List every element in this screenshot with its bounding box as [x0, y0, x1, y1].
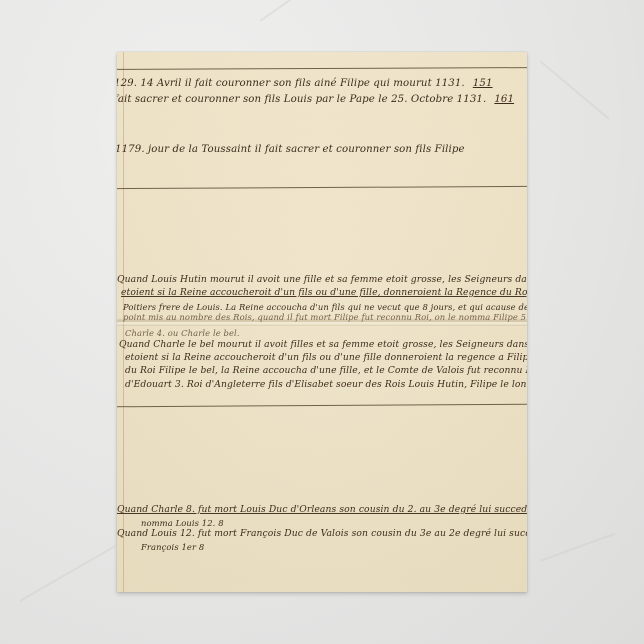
marble-vein: [20, 545, 116, 602]
line-text: François 1er 8: [141, 542, 204, 552]
text-line: fait sacrer et couronner son fils Louis …: [117, 94, 514, 105]
text-line: Poitiers frere de Louis. La Reine accouc…: [123, 302, 527, 312]
text-line: 129. 14 Avril il fait couronner son fils…: [117, 78, 493, 89]
line-text: du Roi Filipe le bel, la Reine accoucha …: [125, 365, 527, 376]
divider-rule: [117, 67, 527, 70]
page-ref: 151: [473, 78, 493, 89]
marble-vein: [539, 60, 609, 119]
text-line: d'Edouart 3. Roi d'Angleterre fils d'Eli…: [125, 379, 527, 390]
marble-vein: [540, 533, 616, 562]
text-line: Charle 4. ou Charle le bel.: [125, 328, 240, 338]
text-line: etoient si la Reine accoucheroit d'un fi…: [121, 287, 527, 298]
marble-vein: [259, 0, 358, 22]
line-text: Quand Louis Hutin mourut il avoit une fi…: [117, 274, 527, 285]
line-text: fait sacrer et couronner son fils Louis …: [117, 94, 486, 105]
line-text: nomma Louis 12. 8: [141, 518, 224, 528]
text-line: nomma Louis 12. 8: [141, 518, 224, 528]
line-text: Quand Charle 8. fut mort Louis Duc d'Orl…: [117, 504, 527, 515]
text-line: etoient si la Reine accoucheroit d'un fi…: [125, 352, 527, 363]
postcard: 129. 14 Avril il fait couronner son fils…: [117, 52, 527, 592]
line-text: Poitiers frere de Louis. La Reine accouc…: [123, 302, 527, 312]
text-line: du Roi Filipe le bel, la Reine accoucha …: [125, 365, 527, 376]
text-line: François 1er 8: [141, 542, 204, 552]
line-text: Quand Charle le bel mourut il avoit fill…: [119, 339, 527, 350]
page-ref: 161: [494, 94, 514, 105]
line-text: etoient si la Reine accoucheroit d'un fi…: [125, 352, 527, 363]
divider-rule: [117, 186, 527, 190]
line-text: etoient si la Reine accoucheroit d'un fi…: [121, 287, 527, 298]
text-line: Quand Charle le bel mourut il avoit fill…: [119, 339, 527, 350]
paper-fold: [117, 318, 527, 326]
line-text: Quand Louis 12. fut mort François Duc de…: [117, 528, 527, 539]
text-line: Quand Louis 12. fut mort François Duc de…: [117, 528, 527, 539]
line-text: 129. 14 Avril il fait couronner son fils…: [117, 78, 465, 89]
text-line: 1179. jour de la Toussaint il fait sacre…: [117, 144, 465, 155]
line-text: d'Edouart 3. Roi d'Angleterre fils d'Eli…: [125, 379, 527, 390]
line-text: 1179. jour de la Toussaint il fait sacre…: [117, 144, 465, 155]
divider-rule: [117, 404, 527, 408]
text-line: Quand Charle 8. fut mort Louis Duc d'Orl…: [117, 504, 527, 515]
line-text: Charle 4. ou Charle le bel.: [125, 328, 240, 338]
text-line: Quand Louis Hutin mourut il avoit une fi…: [117, 274, 527, 285]
